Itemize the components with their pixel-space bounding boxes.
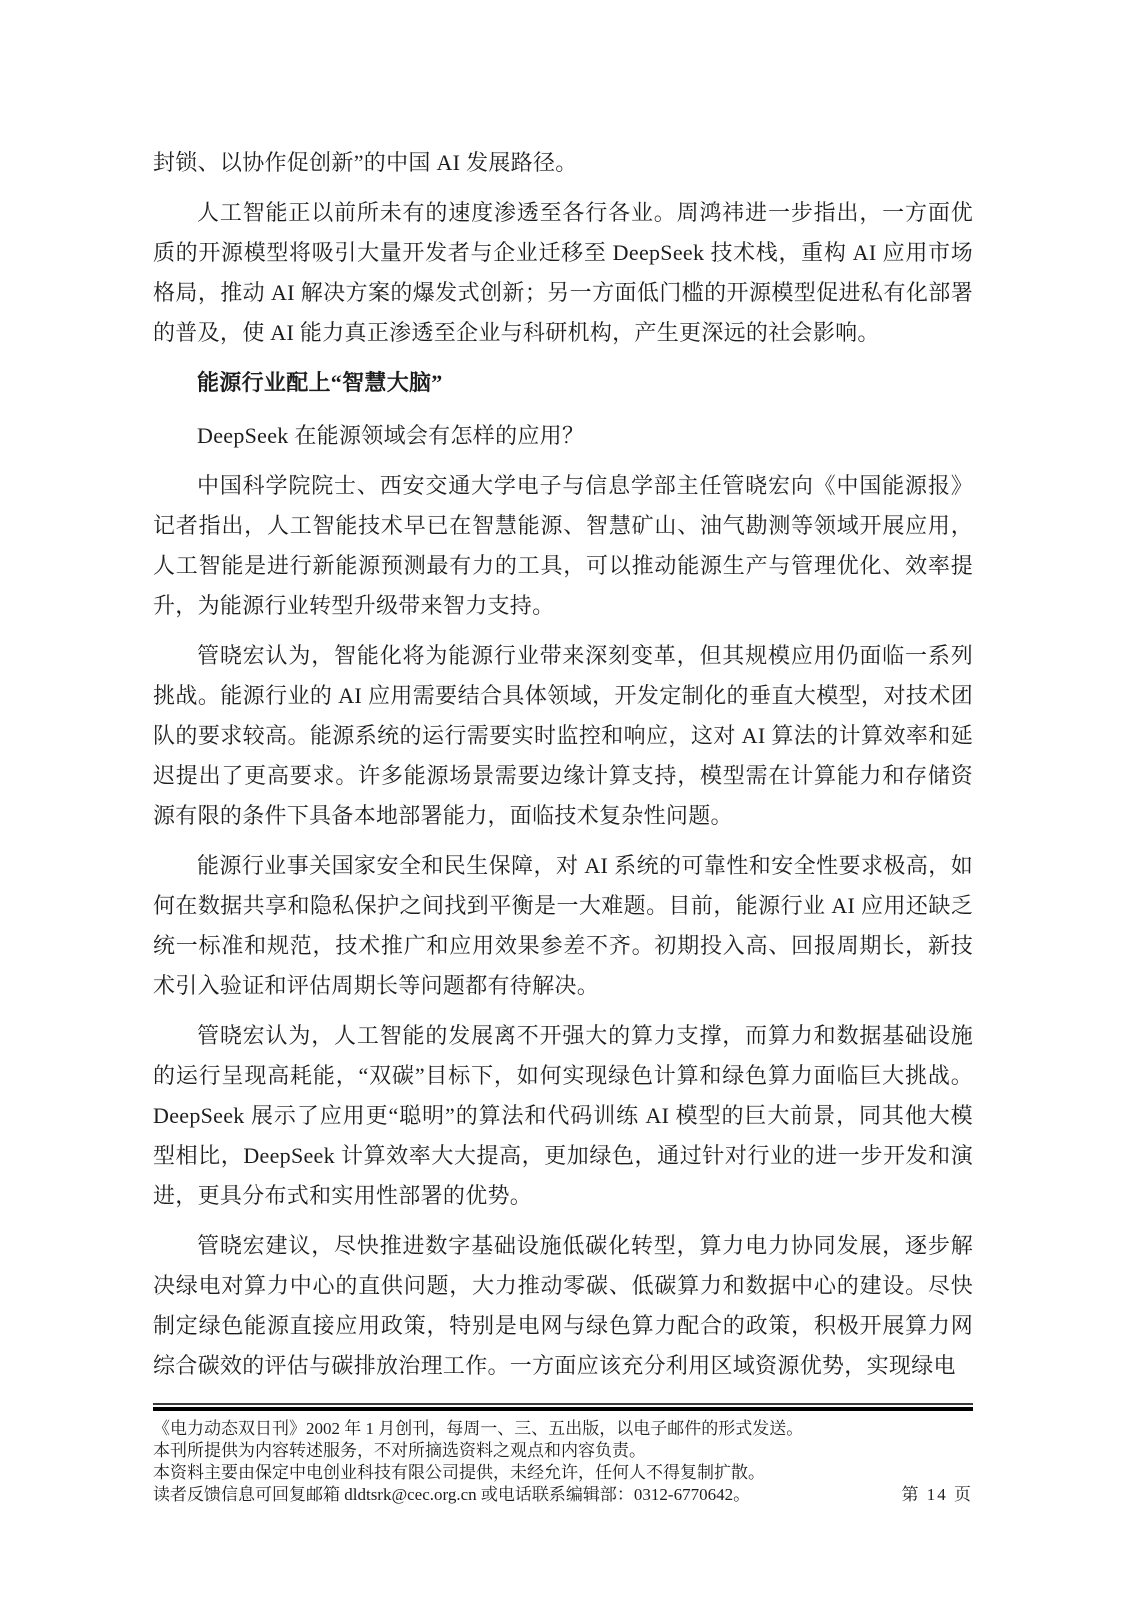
page-number: 第 14 页 [902, 1484, 974, 1506]
footer-divider-thick [153, 1407, 973, 1411]
paragraph-suggestions: 管晓宏建议，尽快推进数字基础设施低碳化转型，算力电力协同发展，逐步解决绿电对算力… [153, 1226, 973, 1386]
paragraph-ai-adoption: 人工智能正以前所未有的速度渗透至各行各业。周鸿祎进一步指出，一方面优质的开源模型… [153, 193, 973, 353]
footer-last-row: 读者反馈信息可回复邮箱 dldtsrk@cec.org.cn 或电话联系编辑部：… [153, 1484, 973, 1506]
paragraph-guan-intro: 中国科学院院士、西安交通大学电子与信息学部主任管晓宏向《中国能源报》记者指出，人… [153, 466, 973, 626]
question-paragraph: DeepSeek 在能源领域会有怎样的应用？ [153, 416, 973, 456]
paragraph-reliability: 能源行业事关国家安全和民生保障，对 AI 系统的可靠性和安全性要求极高，如何在数… [153, 846, 973, 1006]
document-page: 封锁、以协作促创新”的中国 AI 发展路径。 人工智能正以前所未有的速度渗透至各… [0, 0, 1131, 1600]
footer-divider-thin [153, 1403, 973, 1405]
footer-text-block: 《电力动态双日刊》2002 年 1 月创刊，每周一、三、五出版，以电子邮件的形式… [153, 1418, 973, 1506]
section-heading-energy-brain: 能源行业配上“智慧大脑” [153, 363, 973, 403]
footer-line-publication: 《电力动态双日刊》2002 年 1 月创刊，每周一、三、五出版，以电子邮件的形式… [153, 1418, 973, 1440]
page-footer: 《电力动态双日刊》2002 年 1 月创刊，每周一、三、五出版，以电子邮件的形式… [153, 1403, 973, 1506]
footer-line-contact: 读者反馈信息可回复邮箱 dldtsrk@cec.org.cn 或电话联系编辑部：… [153, 1484, 750, 1506]
paragraph-green-computing: 管晓宏认为，人工智能的发展离不开强大的算力支撑，而算力和数据基础设施的运行呈现高… [153, 1016, 973, 1216]
footer-line-copyright: 本资料主要由保定中电创业科技有限公司提供，未经允许，任何人不得复制扩散。 [153, 1462, 973, 1484]
continuation-paragraph: 封锁、以协作促创新”的中国 AI 发展路径。 [153, 143, 973, 183]
article-body: 封锁、以协作促创新”的中国 AI 发展路径。 人工智能正以前所未有的速度渗透至各… [153, 143, 973, 1396]
paragraph-challenges: 管晓宏认为，智能化将为能源行业带来深刻变革，但其规模应用仍面临一系列挑战。能源行… [153, 636, 973, 836]
footer-line-disclaimer: 本刊所提供为内容转述服务，不对所摘选资料之观点和内容负责。 [153, 1440, 973, 1462]
